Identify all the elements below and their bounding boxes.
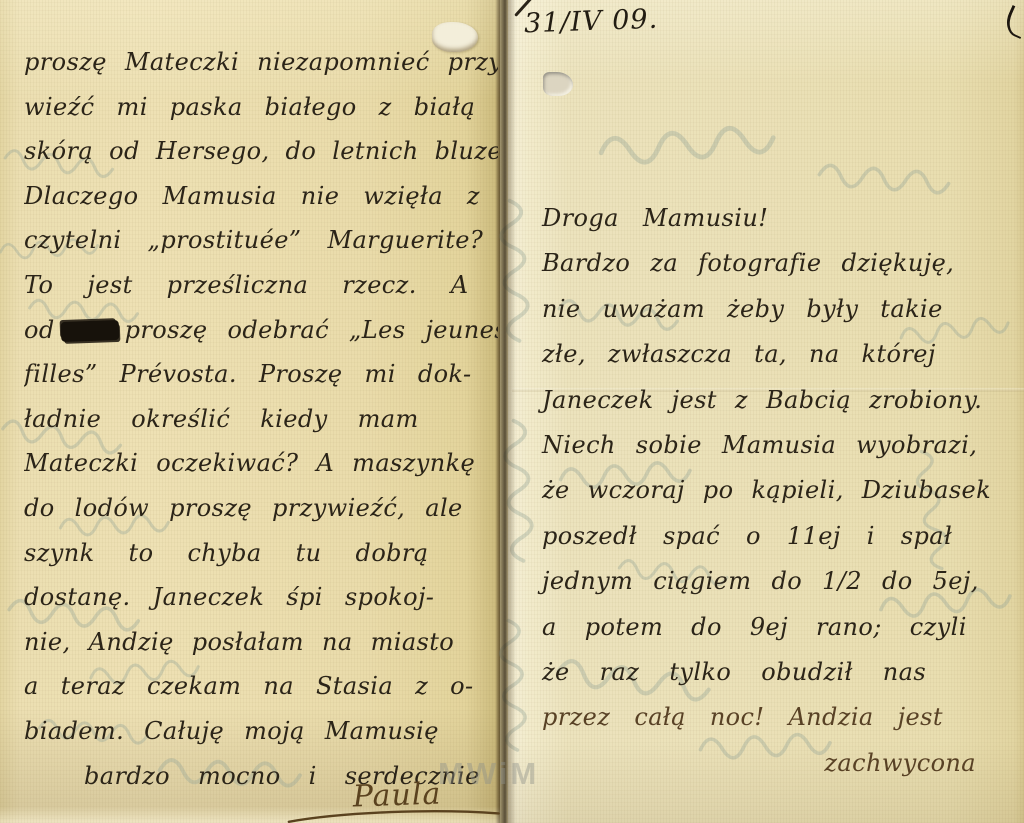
- handwritten-line: Bardzo za fotografie dziękuję,: [542, 241, 1010, 286]
- handwritten-line: nie, Andzię posłałam na miasto: [24, 620, 498, 665]
- handwritten-line: zachwycona: [542, 741, 1010, 786]
- handwritten-line: a potem do 9ej rano; czyli: [542, 605, 1010, 650]
- handwritten-line: Droga Mamusiu!: [542, 196, 1010, 241]
- handwritten-line: wieźć mi paska białego z białą: [24, 85, 498, 130]
- handwritten-line: Mateczki oczekiwać? A maszynkę: [24, 441, 498, 486]
- handwritten-line: złe, zwłaszcza ta, na której: [542, 332, 1010, 377]
- handwritten-line: To jest prześliczna rzecz. A: [24, 263, 498, 308]
- handwritten-line: szynk to chyba tu dobrą: [24, 531, 498, 576]
- handwritten-line: że wczoraj po kąpieli, Dziubasek: [542, 468, 1010, 513]
- paper-tear: [432, 22, 478, 52]
- handwritten-line: że raz tylko obudził nas: [542, 650, 1010, 695]
- handwritten-line: ładnie określić kiedy mam: [24, 397, 498, 442]
- handwritten-line: Dlaczego Mamusia nie wzięła z: [24, 174, 498, 219]
- handwritten-line: dostanę. Janeczek śpi spokoj-: [24, 575, 498, 620]
- letter-scan: 31/IV 09. proszę Mateczki niezapomnieć p…: [0, 0, 1024, 823]
- handwritten-line: odproszę odebrać „Les jeunes: [24, 308, 498, 353]
- handwritten-line: biadem. Całuję moją Mamusię: [24, 709, 498, 754]
- handwritten-line: Niech sobie Mamusia wyobrazi,: [542, 423, 1010, 468]
- handwritten-words: proszę odebrać „Les jeunes: [125, 316, 498, 344]
- right-page-text: Droga Mamusiu! Bardzo za fotografie dzię…: [542, 196, 1010, 816]
- archive-watermark: MWiM: [438, 756, 539, 792]
- book-gutter-shadow: [496, 0, 516, 823]
- handwritten-line: filles” Prévosta. Proszę mi dok-: [24, 352, 498, 397]
- handwritten-line: a teraz czekam na Stasia z o-: [24, 664, 498, 709]
- handwritten-line: jednym ciągiem do 1/2 do 5ej,: [542, 559, 1010, 604]
- date-header: 31/IV 09.: [523, 4, 658, 40]
- handwritten-line: Janeczek jest z Babcią zrobiony.: [542, 378, 1010, 423]
- handwritten-line: poszedł spać o 11ej i spał: [542, 514, 1010, 559]
- left-page-text: proszę Mateczki niezapomnieć przy- wieźć…: [24, 40, 498, 810]
- handwritten-line: czytelni „prostituée” Marguerite?: [24, 218, 498, 263]
- paper-damage-spot: [543, 72, 573, 96]
- handwritten-line: nie uważam żeby były takie: [542, 287, 1010, 332]
- handwritten-line: skórą od Hersego, do letnich bluzek: [24, 129, 498, 174]
- handwritten-line: proszę Mateczki niezapomnieć przy-: [24, 40, 498, 85]
- handwritten-line: przez całą noc! Andzia jest: [542, 695, 1010, 740]
- handwritten-line: do lodów proszę przywieźć, ale: [24, 486, 498, 531]
- crossed-out-word: [60, 320, 119, 342]
- handwritten-word: od: [24, 316, 55, 344]
